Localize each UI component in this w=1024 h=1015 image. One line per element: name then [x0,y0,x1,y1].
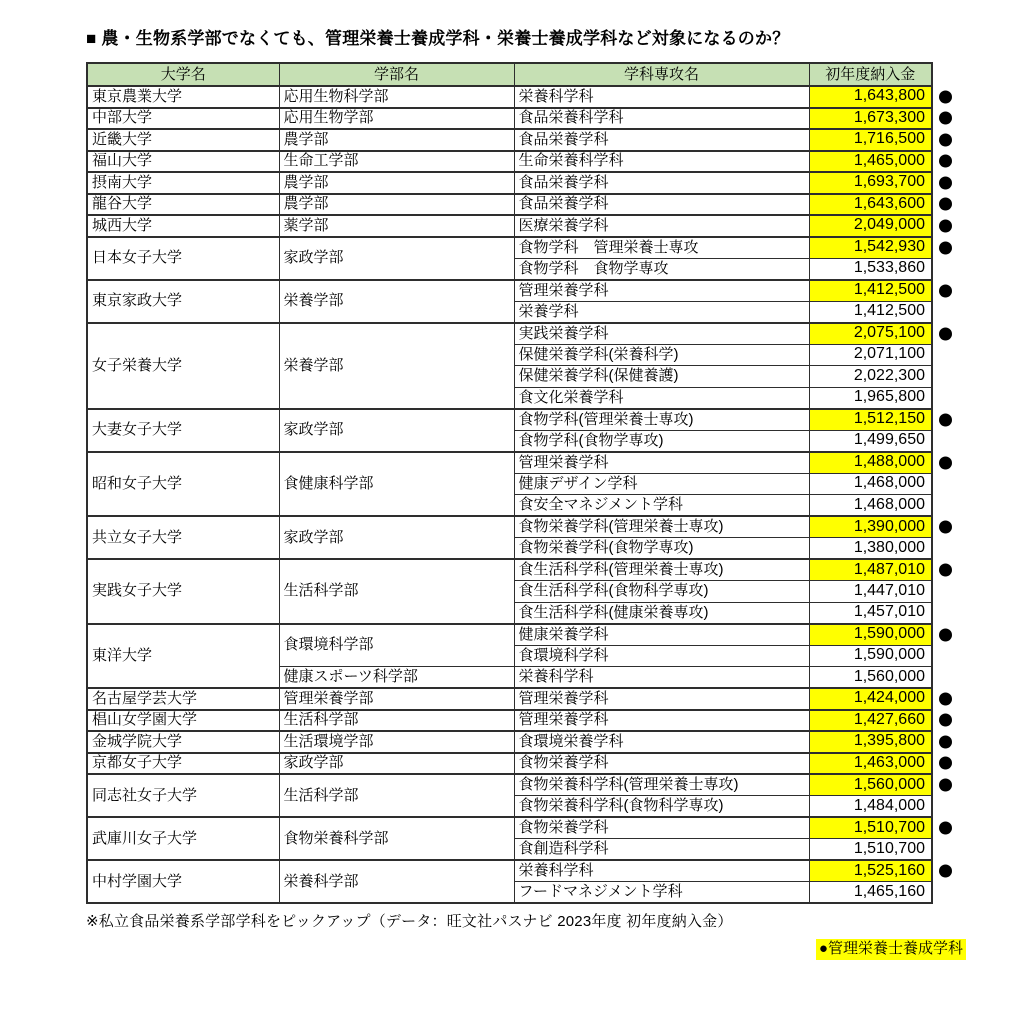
fee-cell: 1,590,000 [809,645,932,667]
legend-row: ● 管理栄養士養成学科 [86,939,966,960]
department-cell: 食環境科学科 [514,645,809,667]
highlight-dot-icon [939,241,952,254]
faculty-cell: 生活科学部 [279,559,514,624]
fee-cell: 1,484,000 [809,796,932,818]
table-row: 金城学院大学生活環境学部食環境栄養学科1,395,800 [87,731,932,753]
department-cell: 食品栄養学科 [514,129,809,151]
university-cell: 京都女子大学 [87,753,279,775]
department-cell: 食文化栄養学科 [514,387,809,409]
table-row: 中村学園大学栄養科学部栄養科学科1,525,160 [87,860,932,882]
faculty-cell: 家政学部 [279,753,514,775]
university-cell: 龍谷大学 [87,194,279,216]
fee-cell: 1,643,800 [809,86,932,108]
highlight-dot-icon [939,564,952,577]
faculty-cell: 生活科学部 [279,774,514,817]
fee-cell: 1,465,160 [809,882,932,904]
highlight-dot-icon [939,413,952,426]
highlight-dot-icon [939,714,952,727]
department-cell: 食品栄養学科 [514,194,809,216]
university-cell: 近畿大学 [87,129,279,151]
header-cell: 初年度納入金 [809,63,932,86]
highlight-dot-icon [939,822,952,835]
fee-cell: 1,512,150 [809,409,932,431]
fee-cell: 1,510,700 [809,817,932,839]
legend-dot-icon: ● [819,941,828,958]
department-cell: 食物栄養学科(管理栄養士専攻) [514,516,809,538]
faculty-cell: 栄養学部 [279,323,514,409]
fee-cell: 1,412,500 [809,280,932,302]
department-cell: 栄養科学科 [514,667,809,689]
department-cell: 医療栄養学科 [514,215,809,237]
university-cell: 女子栄養大学 [87,323,279,409]
table-row: 福山大学生命工学部生命栄養科学科1,465,000 [87,151,932,173]
university-cell: 中村学園大学 [87,860,279,903]
university-cell: 共立女子大学 [87,516,279,559]
highlight-dot-icon [939,456,952,469]
fee-cell: 1,499,650 [809,430,932,452]
university-cell: 東京農業大学 [87,86,279,108]
department-cell: 生命栄養科学科 [514,151,809,173]
fee-cell: 1,447,010 [809,581,932,603]
department-cell: 食安全マネジメント学科 [514,495,809,517]
faculty-cell: 家政学部 [279,409,514,452]
department-cell: 栄養科学科 [514,860,809,882]
faculty-cell: 健康スポーツ科学部 [279,667,514,689]
fee-cell: 1,542,930 [809,237,932,259]
legend: ● 管理栄養士養成学科 [816,939,966,960]
faculty-cell: 農学部 [279,172,514,194]
footnote: ※私立食品栄養系学部学科をピックアップ（データ：旺文社パスナビ 2023年度 初… [86,910,1024,931]
highlight-dot-icon [939,198,952,211]
department-cell: 食生活科学科(食物科学専攻) [514,581,809,603]
fee-cell: 2,071,100 [809,344,932,366]
table-row: 摂南大学農学部食品栄養学科1,693,700 [87,172,932,194]
fee-cell: 2,075,100 [809,323,932,345]
table-row: 京都女子大学家政学部食物栄養学科1,463,000 [87,753,932,775]
faculty-cell: 生活科学部 [279,710,514,732]
fee-cell: 1,457,010 [809,602,932,624]
highlight-dot-icon [939,521,952,534]
legend-label: 管理栄養士養成学科 [828,941,963,958]
fee-cell: 1,487,010 [809,559,932,581]
university-cell: 東洋大学 [87,624,279,689]
department-cell: 栄養学科 [514,301,809,323]
faculty-cell: 農学部 [279,194,514,216]
highlight-dot-icon [939,284,952,297]
fee-cell: 1,395,800 [809,731,932,753]
department-cell: 管理栄養学科 [514,452,809,474]
department-cell: 食物学科(食物学専攻) [514,430,809,452]
fee-cell: 1,643,600 [809,194,932,216]
university-cell: 城西大学 [87,215,279,237]
department-cell: 食物栄養科学科(管理栄養士専攻) [514,774,809,796]
faculty-cell: 栄養学部 [279,280,514,323]
department-cell: フードマネジメント学科 [514,882,809,904]
department-cell: 保健栄養学科(保健養護) [514,366,809,388]
highlight-dot-icon [939,133,952,146]
table-row: 女子栄養大学栄養学部実践栄養学科2,075,100 [87,323,932,345]
fee-cell: 1,533,860 [809,258,932,280]
highlight-dot-icon [939,155,952,168]
university-cell: 昭和女子大学 [87,452,279,517]
university-cell: 中部大学 [87,108,279,130]
table-row: 城西大学薬学部医療栄養学科2,049,000 [87,215,932,237]
fee-cell: 1,673,300 [809,108,932,130]
department-cell: 食物学科 管理栄養士専攻 [514,237,809,259]
highlight-dot-icon [939,327,952,340]
faculty-cell: 農学部 [279,129,514,151]
page: ■ 農・生物系学部でなくても、管理栄養士養成学科・栄養士養成学科など対象になるの… [0,0,1024,960]
table-header: 大学名学部名学科専攻名初年度納入金 [87,63,932,86]
highlight-dot-icon [939,176,952,189]
department-cell: 保健栄養学科(栄養科学) [514,344,809,366]
university-cell: 名古屋学芸大学 [87,688,279,710]
fee-cell: 1,427,660 [809,710,932,732]
fee-cell: 1,465,000 [809,151,932,173]
fee-cell: 1,463,000 [809,753,932,775]
fee-cell: 1,560,000 [809,774,932,796]
table-row: 昭和女子大学食健康科学部管理栄養学科1,488,000 [87,452,932,474]
university-cell: 福山大学 [87,151,279,173]
department-cell: 食生活科学科(健康栄養専攻) [514,602,809,624]
highlight-dot-icon [939,865,952,878]
fee-cell: 2,049,000 [809,215,932,237]
table-row: 近畿大学農学部食品栄養学科1,716,500 [87,129,932,151]
university-cell: 日本女子大学 [87,237,279,280]
university-cell: 同志社女子大学 [87,774,279,817]
table-row: 東京農業大学応用生物科学部栄養科学科1,643,800 [87,86,932,108]
table-row: 中部大学応用生物学部食品栄養科学科1,673,300 [87,108,932,130]
department-cell: 管理栄養学科 [514,710,809,732]
fee-cell: 1,488,000 [809,452,932,474]
fee-cell: 1,380,000 [809,538,932,560]
department-cell: 管理栄養学科 [514,280,809,302]
department-cell: 食物学科(管理栄養士専攻) [514,409,809,431]
header-cell: 大学名 [87,63,279,86]
university-cell: 東京家政大学 [87,280,279,323]
faculty-cell: 応用生物学部 [279,108,514,130]
fee-cell: 1,510,700 [809,839,932,861]
faculty-cell: 家政学部 [279,516,514,559]
table-row: 東京家政大学栄養学部管理栄養学科1,412,500 [87,280,932,302]
department-cell: 食生活科学科(管理栄養士専攻) [514,559,809,581]
faculty-cell: 管理栄養学部 [279,688,514,710]
highlight-dot-icon [939,757,952,770]
department-cell: 食物栄養学科 [514,817,809,839]
table-row: 日本女子大学家政学部食物学科 管理栄養士専攻1,542,930 [87,237,932,259]
department-cell: 管理栄養学科 [514,688,809,710]
highlight-dot-icon [939,628,952,641]
table-row: 共立女子大学家政学部食物栄養学科(管理栄養士専攻)1,390,000 [87,516,932,538]
fee-cell: 1,716,500 [809,129,932,151]
fee-cell: 1,560,000 [809,667,932,689]
department-cell: 健康栄養学科 [514,624,809,646]
university-cell: 椙山女学園大学 [87,710,279,732]
table-header-row: 大学名学部名学科専攻名初年度納入金 [87,63,932,86]
fee-cell: 1,412,500 [809,301,932,323]
department-cell: 食物栄養学科(食物学専攻) [514,538,809,560]
table-row: 同志社女子大学生活科学部食物栄養科学科(管理栄養士専攻)1,560,000 [87,774,932,796]
department-cell: 食創造科学科 [514,839,809,861]
university-cell: 実践女子大学 [87,559,279,624]
highlight-dot-icon [939,692,952,705]
fee-cell: 1,525,160 [809,860,932,882]
highlight-dot-icon [939,90,952,103]
department-cell: 食品栄養学科 [514,172,809,194]
university-cell: 金城学院大学 [87,731,279,753]
table-row: 龍谷大学農学部食品栄養学科1,643,600 [87,194,932,216]
department-cell: 食物学科 食物学専攻 [514,258,809,280]
faculty-cell: 食物栄養科学部 [279,817,514,860]
university-cell: 大妻女子大学 [87,409,279,452]
fee-cell: 2,022,300 [809,366,932,388]
highlight-dot-icon [939,219,952,232]
fee-cell: 1,424,000 [809,688,932,710]
fee-cell: 1,965,800 [809,387,932,409]
faculty-cell: 応用生物科学部 [279,86,514,108]
faculty-cell: 食環境科学部 [279,624,514,667]
department-cell: 食物栄養学科 [514,753,809,775]
table-row: 名古屋学芸大学管理栄養学部管理栄養学科1,424,000 [87,688,932,710]
fee-cell: 1,590,000 [809,624,932,646]
header-cell: 学部名 [279,63,514,86]
table-row: 東洋大学食環境科学部健康栄養学科1,590,000 [87,624,932,646]
table-row: 武庫川女子大学食物栄養科学部食物栄養学科1,510,700 [87,817,932,839]
university-cell: 武庫川女子大学 [87,817,279,860]
header-cell: 学科専攻名 [514,63,809,86]
page-title: ■ 農・生物系学部でなくても、管理栄養士養成学科・栄養士養成学科など対象になるの… [86,24,1024,49]
department-cell: 栄養科学科 [514,86,809,108]
table-row: 大妻女子大学家政学部食物学科(管理栄養士専攻)1,512,150 [87,409,932,431]
faculty-cell: 生活環境学部 [279,731,514,753]
fee-cell: 1,468,000 [809,495,932,517]
faculty-cell: 生命工学部 [279,151,514,173]
fee-cell: 1,468,000 [809,473,932,495]
table-row: 椙山女学園大学生活科学部管理栄養学科1,427,660 [87,710,932,732]
department-cell: 食物栄養科学科(食物科学専攻) [514,796,809,818]
faculty-cell: 栄養科学部 [279,860,514,903]
department-cell: 食品栄養科学科 [514,108,809,130]
department-cell: 食環境栄養学科 [514,731,809,753]
university-cell: 摂南大学 [87,172,279,194]
highlight-dot-icon [939,112,952,125]
fee-cell: 1,693,700 [809,172,932,194]
fee-cell: 1,390,000 [809,516,932,538]
faculty-cell: 薬学部 [279,215,514,237]
highlight-dot-icon [939,779,952,792]
table-row: 実践女子大学生活科学部食生活科学科(管理栄養士専攻)1,487,010 [87,559,932,581]
faculty-cell: 食健康科学部 [279,452,514,517]
department-cell: 健康デザイン学科 [514,473,809,495]
department-cell: 実践栄養学科 [514,323,809,345]
highlight-dot-icon [939,735,952,748]
tuition-table: 大学名学部名学科専攻名初年度納入金 東京農業大学応用生物科学部栄養科学科1,64… [86,62,933,904]
faculty-cell: 家政学部 [279,237,514,280]
